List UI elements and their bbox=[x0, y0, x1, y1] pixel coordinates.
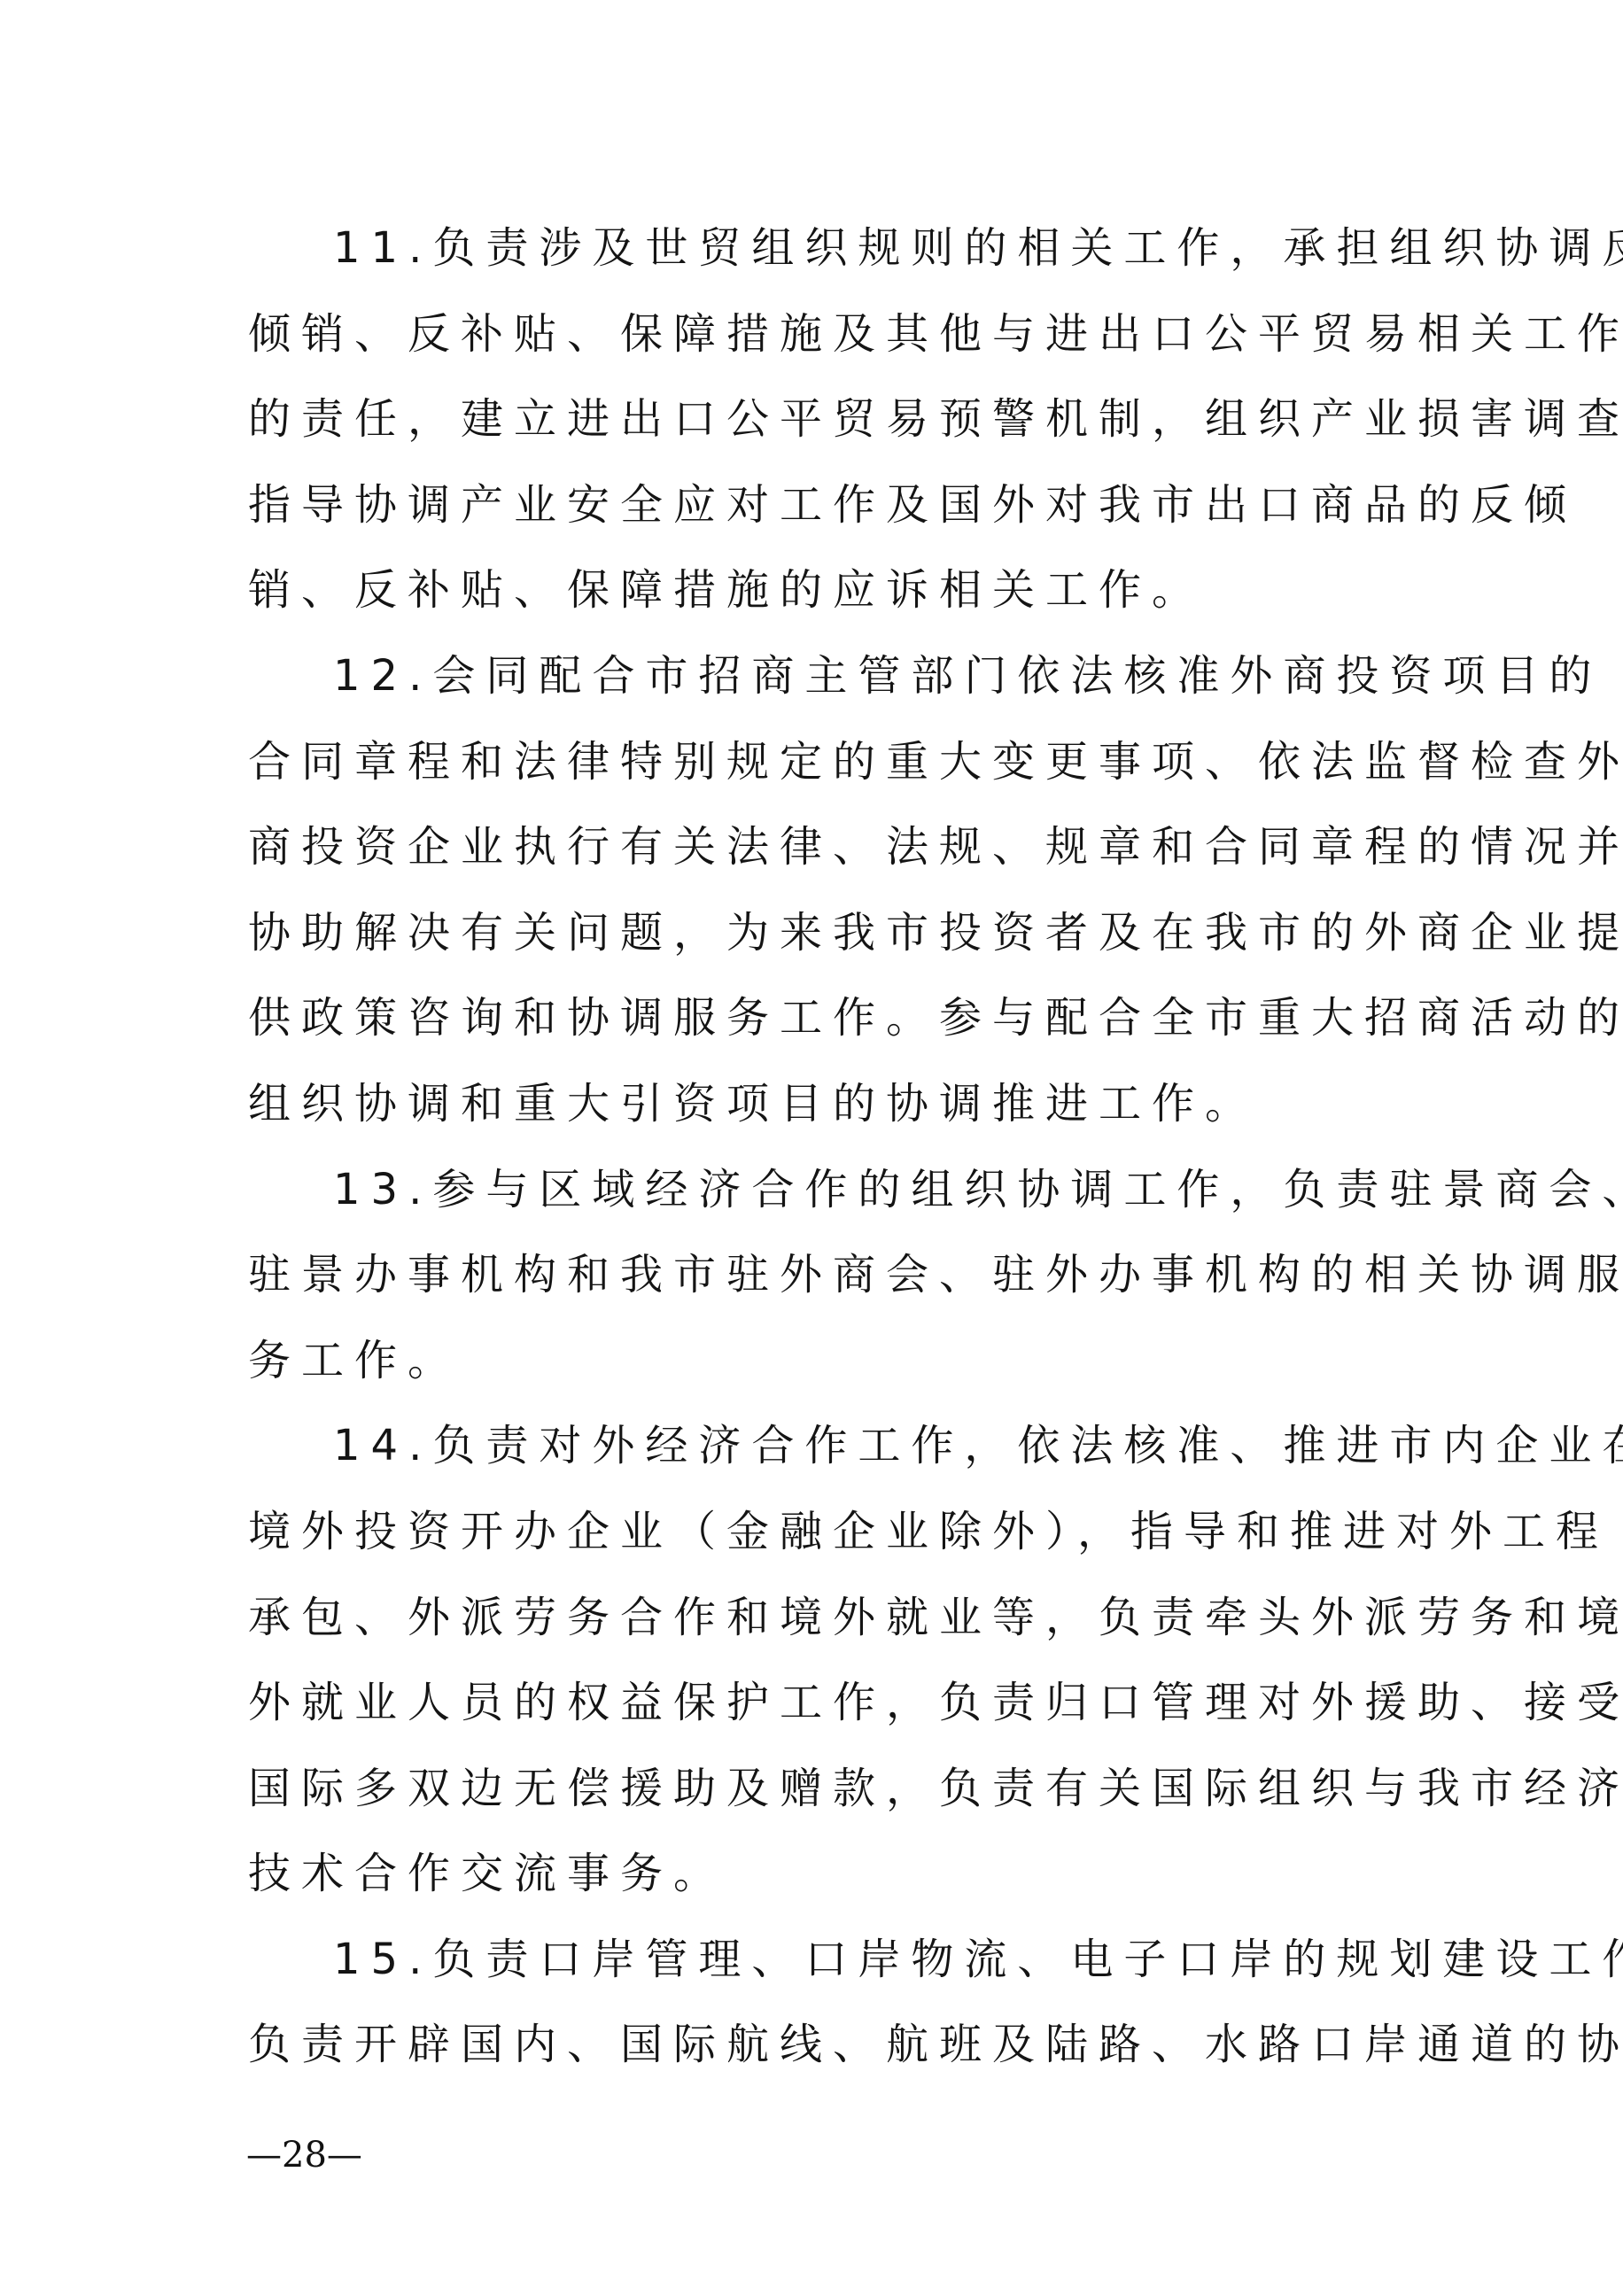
paragraph-14-line-6: 技术合作交流事务。 bbox=[248, 1831, 1391, 1917]
paragraph-11-line-1: 11.负责涉及世贸组织规则的相关工作，承担组织协调反 bbox=[248, 206, 1391, 291]
paragraph-14-line-2: 境外投资开办企业（金融企业除外），指导和推进对外工程 bbox=[248, 1489, 1391, 1575]
paragraph-11-line-5: 销、反补贴、保障措施的应诉相关工作。 bbox=[248, 547, 1391, 633]
paragraph-12-line-6: 组织协调和重大引资项目的协调推进工作。 bbox=[248, 1061, 1391, 1147]
document-page: 11.负责涉及世贸组织规则的相关工作，承担组织协调反 倾销、反补贴、保障措施及其… bbox=[0, 0, 1623, 2296]
paragraph-14-line-4: 外就业人员的权益保护工作，负责归口管理对外援助、接受 bbox=[248, 1660, 1391, 1746]
page-number: —28— bbox=[246, 2135, 362, 2176]
paragraph-11-line-4: 指导协调产业安全应对工作及国外对我市出口商品的反倾 bbox=[248, 462, 1391, 548]
paragraph-11-line-3: 的责任，建立进出口公平贸易预警机制，组织产业损害调查， bbox=[248, 376, 1391, 462]
paragraph-13-line-2: 驻景办事机构和我市驻外商会、驻外办事机构的相关协调服 bbox=[248, 1232, 1391, 1318]
paragraph-12-line-4: 协助解决有关问题，为来我市投资者及在我市的外商企业提 bbox=[248, 890, 1391, 976]
paragraph-14-line-3: 承包、外派劳务合作和境外就业等，负责牵头外派劳务和境 bbox=[248, 1575, 1391, 1661]
paragraph-13-line-3: 务工作。 bbox=[248, 1318, 1391, 1404]
paragraph-12-line-5: 供政策咨询和协调服务工作。参与配合全市重大招商活动的 bbox=[248, 975, 1391, 1061]
document-body: 11.负责涉及世贸组织规则的相关工作，承担组织协调反 倾销、反补贴、保障措施及其… bbox=[248, 206, 1391, 2088]
paragraph-14-line-5: 国际多双边无偿援助及赠款，负责有关国际组织与我市经济 bbox=[248, 1746, 1391, 1832]
paragraph-11-line-2: 倾销、反补贴、保障措施及其他与进出口公平贸易相关工作 bbox=[248, 291, 1391, 377]
paragraph-14-line-1: 14.负责对外经济合作工作，依法核准、推进市内企业在 bbox=[248, 1403, 1391, 1489]
paragraph-15-line-1: 15.负责口岸管理、口岸物流、电子口岸的规划建设工作， bbox=[248, 1917, 1391, 2003]
paragraph-15-line-2: 负责开辟国内、国际航线、航班及陆路、水路口岸通道的协 bbox=[248, 2002, 1391, 2088]
paragraph-12-line-3: 商投资企业执行有关法律、法规、规章和合同章程的情况并 bbox=[248, 804, 1391, 890]
paragraph-12-line-1: 12.会同配合市招商主管部门依法核准外商投资项目的 bbox=[248, 633, 1391, 719]
paragraph-12-line-2: 合同章程和法律特别规定的重大变更事项、依法监督检查外 bbox=[248, 719, 1391, 805]
paragraph-13-line-1: 13.参与区域经济合作的组织协调工作，负责驻景商会、 bbox=[248, 1147, 1391, 1233]
